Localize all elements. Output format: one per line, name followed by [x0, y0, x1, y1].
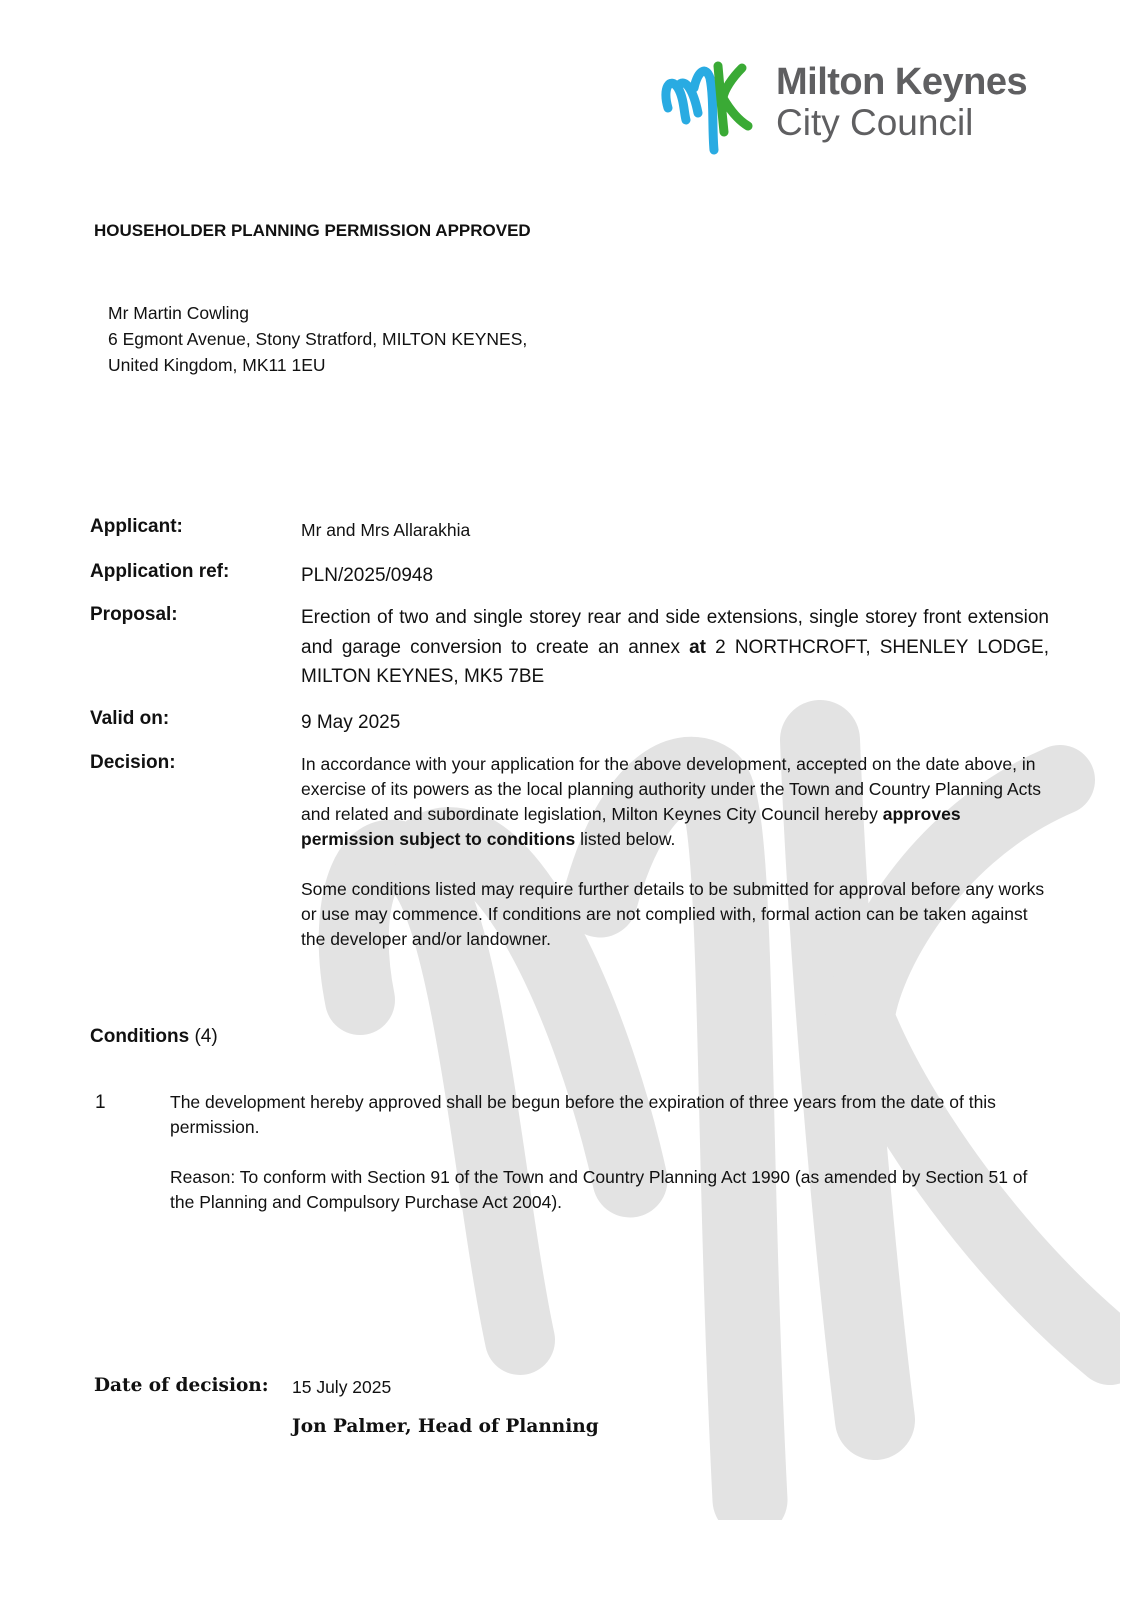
- logo-name-line2: City Council: [776, 102, 1027, 144]
- proposal-label: Proposal:: [90, 604, 178, 626]
- recipient-address-line2: United Kingdom, MK11 1EU: [108, 352, 527, 378]
- application-ref-label: Application ref:: [90, 561, 229, 583]
- council-logo: Milton Keynes City Council: [668, 58, 1048, 158]
- decision-label: Decision:: [90, 752, 176, 774]
- mk-logo-icon: [660, 58, 760, 158]
- recipient-address-block: Mr Martin Cowling 6 Egmont Avenue, Stony…: [108, 300, 527, 378]
- decision-p1-tail: listed below.: [580, 829, 675, 849]
- condition-item: The development hereby approved shall be…: [170, 1090, 1040, 1240]
- proposal-value: Erection of two and single storey rear a…: [301, 603, 1049, 692]
- condition-reason: Reason: To conform with Section 91 of th…: [170, 1165, 1040, 1215]
- decision-date-label: Date of decision:: [94, 1375, 269, 1396]
- decision-date-value: 15 July 2025: [292, 1377, 391, 1398]
- recipient-address-line1: 6 Egmont Avenue, Stony Stratford, MILTON…: [108, 326, 527, 352]
- decision-paragraph-1: In accordance with your application for …: [301, 752, 1049, 852]
- conditions-heading: Conditions (4): [90, 1026, 218, 1048]
- signatory: Jon Palmer, Head of Planning: [292, 1416, 599, 1437]
- document-title: HOUSEHOLDER PLANNING PERMISSION APPROVED: [94, 221, 531, 241]
- recipient-name: Mr Martin Cowling: [108, 300, 527, 326]
- applicant-label: Applicant:: [90, 516, 183, 538]
- decision-paragraph-2: Some conditions listed may require furth…: [301, 877, 1049, 952]
- logo-name-line1: Milton Keynes: [776, 62, 1027, 102]
- valid-on-value: 9 May 2025: [301, 708, 1049, 738]
- conditions-heading-label: Conditions: [90, 1026, 189, 1047]
- applicant-value: Mr and Mrs Allarakhia: [301, 516, 1049, 546]
- proposal-at: at: [689, 637, 706, 658]
- application-ref-value: PLN/2025/0948: [301, 561, 1049, 591]
- valid-on-label: Valid on:: [90, 708, 169, 730]
- condition-text: The development hereby approved shall be…: [170, 1090, 1040, 1140]
- condition-number: 1: [95, 1092, 106, 1114]
- conditions-count: (4): [194, 1026, 217, 1047]
- decision-text: In accordance with your application for …: [301, 752, 1049, 977]
